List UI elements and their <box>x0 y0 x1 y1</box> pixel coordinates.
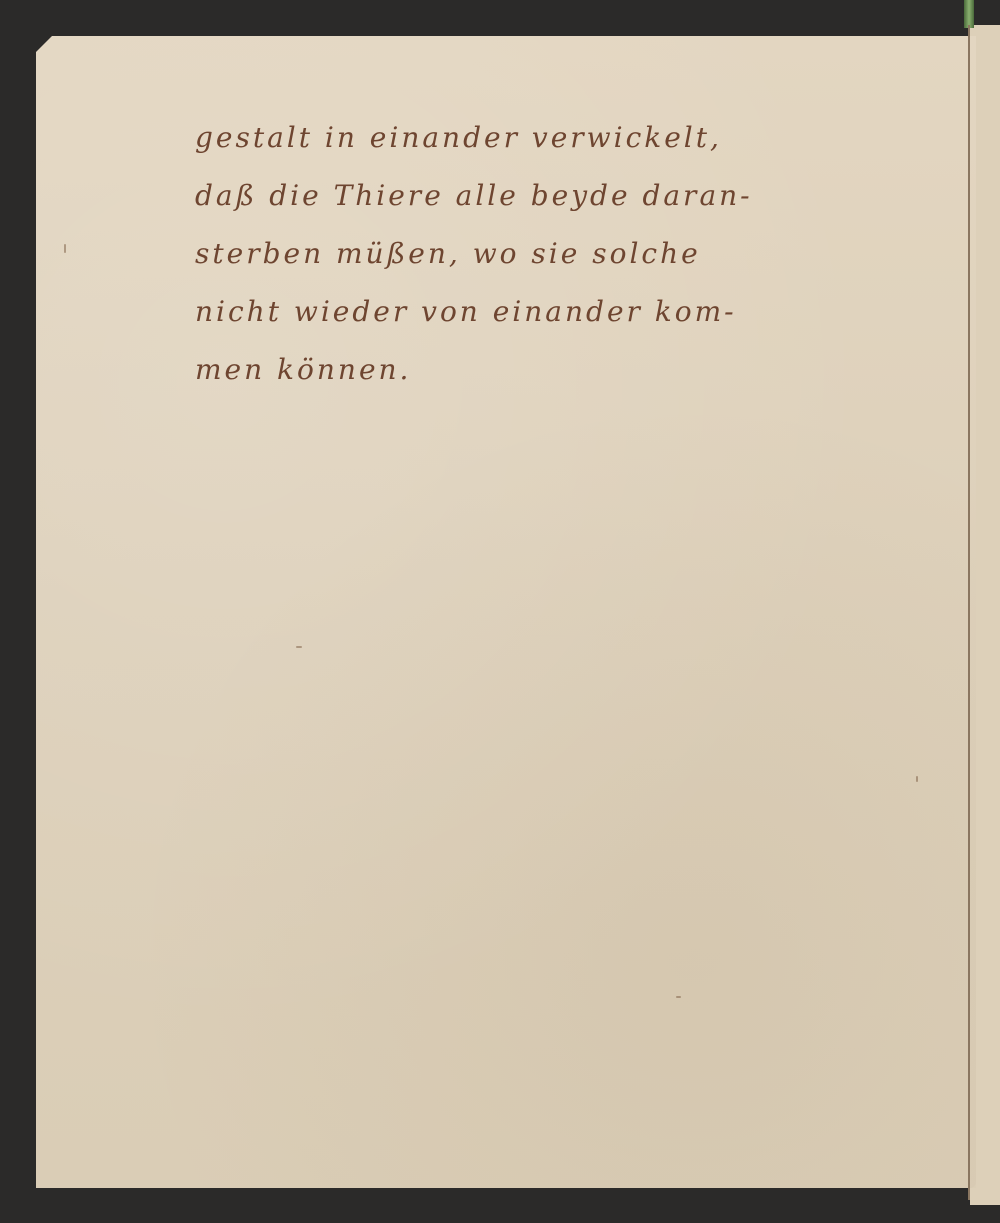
text-line-3: sterben müßen, wo sie solche <box>195 234 965 292</box>
text-line-4: nicht wieder von einander kom- <box>195 292 965 350</box>
text-line-1: gestalt in einander verwickelt, <box>195 118 965 176</box>
paper-speck <box>676 996 681 998</box>
paper-speck <box>916 776 918 782</box>
bookmark-ribbon <box>964 0 974 28</box>
page-gutter <box>968 25 970 1200</box>
paper-speck <box>64 244 66 253</box>
paper-speck <box>296 646 302 648</box>
handwritten-text: gestalt in einander verwickelt, daß die … <box>195 118 965 408</box>
text-line-2: daß die Thiere alle beyde daran- <box>195 176 965 234</box>
text-line-5: men können. <box>195 350 965 408</box>
